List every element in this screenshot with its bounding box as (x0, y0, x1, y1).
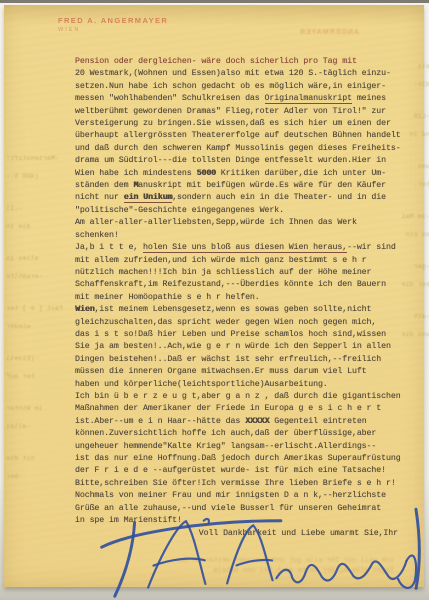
letter-text-segment: können.Zuversichtlich hoffe ich auch,daß… (75, 429, 376, 438)
letter-text-segment: Ich bin ü b e r z e u g t,aber g a n z ,… (75, 392, 401, 401)
letter-text-segment: Sie ja am besten!..Ach,wie g e r n würde… (75, 342, 391, 351)
letter-line: Wien,ist meinem Lebensgesetz,wenn es sow… (75, 304, 398, 316)
ghost-ink-fragment: -gar (414, 263, 429, 272)
letter-line: Wien habe ich mindestens 5000 Kritiken d… (75, 168, 398, 180)
letter-line: Grüße an alle zuhause,--und viele Busser… (75, 503, 398, 515)
letter-line: in spe im Marienstift! (75, 515, 398, 527)
letter-line: mit allem zufrieden,und ich würde mich g… (75, 255, 398, 267)
letter-line: Pension oder dergleichen- wäre doch sich… (75, 56, 398, 68)
letter-text-segment: holen Sie uns bloß aus diesen Wien herau… (143, 243, 347, 253)
letter-text-segment: ungeheuer hemmende"Kalte Krieg" langsam-… (75, 442, 376, 451)
letter-text-segment: mit allem zufrieden,und ich würde mich g… (75, 256, 367, 265)
ghost-ink-fragment: die in (6, 223, 30, 232)
letter-text-segment: ist das nur eine Hoffnung.Daß jedoch dur… (75, 454, 401, 463)
letter-body: Pension oder dergleichen- wäre doch sich… (75, 56, 398, 541)
ghost-ink-fragment: -.Il (6, 205, 22, 214)
letter-text-segment: nicht nur (75, 193, 124, 202)
letter-text-segment: in spe im Marienstift! (75, 516, 182, 525)
ghost-ink-fragment: -(Eisel) (6, 355, 39, 364)
letter-text-segment: gleichzuschalten,das spricht weder gegen… (75, 318, 376, 327)
letter-line: ungeheuer hemmende"Kalte Krieg" langsam-… (75, 441, 398, 453)
letter-text-segment: Grüße an alle zuhause,--und viele Busser… (75, 504, 381, 513)
letter-text-segment: das i s t so!Daß hier Leben und Preise s… (75, 330, 386, 339)
letter-text-segment: ständen dem (75, 181, 133, 190)
letter-text-segment: ist.Aber--um e i n Haar--hätte das (75, 417, 245, 426)
letter-line: gleichzuschalten,das spricht weder gegen… (75, 317, 398, 329)
sender-stamp: FRED A. ANGERMAYER WIEN (58, 17, 168, 34)
letter-text-segment: Ja,b i t t e, (75, 243, 143, 252)
letter-text-segment: weltberühmt gewordenen Dramas" Flieg,rot… (75, 107, 386, 116)
letter-line: Versteigerung zu bringen.Sie wissen,daß … (75, 118, 398, 130)
letter-line: nützlich machen!!!Ich bin ja schliesslic… (75, 267, 398, 279)
letter-line: mit meiner Homöopathie s e h r helfen. (75, 292, 398, 304)
ghost-ink-fragment: im Winter (6, 405, 43, 414)
letter-text-segment: ein Unikum (124, 193, 173, 203)
ghost-ink-fragment: ter auf (6, 373, 35, 382)
ghost-ink-fragment: (400 S.- (6, 173, 39, 182)
letter-line: überhaupt allergrössten Theatererfolge a… (75, 130, 398, 142)
scan-edge-shadow (0, 0, 429, 3)
ghost-ink-fragment: -alles (6, 423, 30, 432)
letter-text-segment: Maßnahmen der Amerikaner der Friede in E… (75, 404, 381, 413)
letter-scan: FRED A. ANGERMAYER WIEN ANGERMAYER -Mari… (0, 0, 429, 600)
letter-text-segment: schenken! (75, 231, 119, 240)
letter-text-segment: müssen die inneren Organe mitwachsen.Er … (75, 367, 367, 376)
letter-line: und daß durch den schweren Kampf Mussoli… (75, 143, 398, 155)
letter-text-segment: mit meiner Homöopathie s e h r helfen. (75, 293, 260, 302)
sender-stamp-city: WIEN (58, 26, 168, 34)
letter-line: Maßnahmen der Amerikaner der Friede in E… (75, 403, 398, 415)
letter-line: drama um Südtirol---die tollsten Dinge e… (75, 155, 398, 167)
letter-text-segment: Versteigerung zu bringen.Sie wissen,daß … (75, 119, 391, 128)
letter-text-segment: Originalmanuskript (265, 94, 352, 104)
ghost-ink-fragment: nst die (6, 455, 35, 464)
letter-text-segment: dergleichen- wäre doch sicherlich pro Ta… (138, 57, 357, 66)
letter-text-segment: 20 Westmark,(Wohnen und Essen)also mit e… (75, 69, 391, 78)
letter-text-segment: überhaupt allergrössten Theatererfolge a… (75, 131, 401, 140)
closing-line: Voll Dankbarkeit und Liebe umarmt Sie,Ih… (75, 528, 398, 540)
letter-line: das i s t so!Daß hier Leben und Preise s… (75, 329, 398, 341)
letter-line: messen "wohlhabenden" Schulkreisen das O… (75, 93, 398, 105)
ghost-ink-fragment: alles in (6, 255, 39, 264)
ghost-ink-bottom: ich will nur Ihr alle gut und ganzoder w… (154, 556, 394, 576)
ghost-ink-fragment: als (418, 63, 429, 72)
letter-text-segment: und daß durch den schweren Kampf Mussoli… (75, 144, 401, 153)
letter-text-segment: Pension oder (75, 57, 138, 66)
letter-line: können.Zuversichtlich hoffe ich auch,daß… (75, 428, 398, 440)
letter-text-segment: Wien habe ich mindestens (75, 169, 196, 178)
ghost-ink-fragment: -erwählte (6, 273, 43, 282)
letter-paper: FRED A. ANGERMAYER WIEN ANGERMAYER -Mari… (4, 5, 424, 587)
letter-line: nicht nur ein Unikum,sondern auch ein in… (75, 192, 398, 204)
letter-line: weltberühmt gewordenen Dramas" Flieg,rot… (75, 106, 398, 118)
letter-line: haben und körperliche(leichtsportliche)A… (75, 379, 398, 391)
ghost-ink-fragment: ich will nur Ihr alle gut und ganz (251, 557, 394, 565)
letter-line: Am aller-aller-allerliebsten,Sepp,würde … (75, 217, 398, 229)
letter-text-segment: Am aller-aller-allerliebsten,Sepp,würde … (75, 218, 357, 227)
letter-line: Ich bin ü b e r z e u g t,aber g a n z ,… (75, 391, 398, 403)
letter-line: "politische"-Geschichte eingegangenes We… (75, 205, 398, 217)
ghost-ink-fragment: -Marienstift! (6, 155, 59, 164)
letter-line: Dingen beistehen!..Daß er wächst ist seh… (75, 354, 398, 366)
ghost-ink-fragment: -im Mai (401, 213, 429, 222)
sender-stamp-name: FRED A. ANGERMAYER (58, 16, 168, 25)
letter-text-segment: Bitte,schreiben Sie öfter!Ich vermisse I… (75, 479, 396, 488)
letter-line: setzen.Nun habe ich schon gedacht ob es … (75, 81, 398, 93)
ghost-ink-fragment: der Reihe nach bei uns daheim (213, 567, 335, 575)
letter-text-segment: setzen.Nun habe ich schon gedacht ob es … (75, 82, 386, 91)
letter-text-segment: messen "wohlhabenden" Schulkreisen das (75, 94, 265, 103)
letter-text-segment: Gegenteil eintreten (269, 417, 366, 426)
letter-text-segment: meines (352, 94, 386, 103)
letter-line: Ja,b i t t e, holen Sie uns bloß aus die… (75, 242, 398, 254)
ghost-ink-fragment: ber die (401, 281, 429, 290)
letter-text-segment: Kritiken darüber,die ich unter Um- (216, 169, 386, 178)
letter-line: schenken! (75, 230, 398, 242)
ghost-ink-fragment: so ein (406, 231, 429, 240)
letter-text-segment: der F r i e d e --aufgerüstet wurde- ist… (75, 466, 386, 475)
ghost-ink-fragment: -ber (6, 473, 22, 482)
letter-line: der F r i e d e --aufgerüstet wurde- ist… (75, 465, 398, 477)
letter-text-segment: anuskript mit beifügen würde.Es wäre für… (138, 181, 386, 190)
ghost-ink-fragment: wieder (6, 323, 30, 332)
ghost-ink-fragment: nd in (410, 131, 429, 140)
ghost-ink-fragment: uns (418, 163, 429, 172)
letter-text-segment: Nochmals von meiner Frau und mir innigst… (75, 491, 386, 500)
letter-line: 20 Westmark,(Wohnen und Essen)also mit e… (75, 68, 398, 80)
letter-text-segment: haben und körperliche(leichtsportliche)A… (75, 380, 328, 389)
ghost-ink-left-margin: -Marienstift!(400 S.--.Ildie inalles in-… (6, 155, 64, 505)
ghost-ink-fragment: fast [ e ] ter (6, 305, 63, 314)
letter-line: ständen dem Manuskript mit beifügen würd… (75, 180, 398, 192)
letter-text-segment: Schaffenskraft,im Reifezustand,---Überdi… (75, 280, 386, 289)
letter-line: ist.Aber--um e i n Haar--hätte das XXXXX… (75, 416, 398, 428)
ghost-ink-fragment: -alt (414, 313, 429, 322)
ghost-ink-fragment: die- (414, 81, 429, 90)
letter-text-segment: ,ist meinem Lebensgesetz,wenn es sowas g… (94, 305, 371, 314)
stamp-offset-echo: ANGERMAYER (299, 29, 359, 36)
letter-line: Bitte,schreiben Sie öfter!Ich vermisse I… (75, 478, 398, 490)
letter-text-segment: --wir sind (347, 243, 396, 252)
letter-line: Sie ja am besten!..Ach,wie g e r n würde… (75, 341, 398, 353)
letter-line: Schaffenskraft,im Reifezustand,---Überdi… (75, 279, 398, 291)
ghost-ink-fragment: uns die (401, 331, 429, 340)
letter-line: müssen die inneren Organe mitwachsen.Er … (75, 366, 398, 378)
letter-text-segment: Wien (75, 305, 94, 314)
letter-text-segment: drama um Südtirol---die tollsten Dinge e… (75, 156, 386, 165)
letter-text-segment: Dingen beistehen!..Daß er wächst ist seh… (75, 355, 381, 364)
letter-text-segment: "politische"-Geschichte eingegangenes We… (75, 206, 284, 215)
letter-line: ist das nur eine Hoffnung.Daß jedoch dur… (75, 453, 398, 465)
letter-text-segment: 5000 (196, 169, 215, 178)
letter-line: Nochmals von meiner Frau und mir innigst… (75, 490, 398, 502)
ghost-ink-fragment: -LIR (414, 113, 429, 122)
letter-text-segment: nützlich machen!!!Ich bin ja schliesslic… (75, 268, 371, 277)
letter-text-segment: ,sondern auch ein in die Theater- und in… (172, 193, 386, 202)
letter-text-segment: XXXXX (245, 417, 269, 426)
ghost-ink-fragment: ter- (414, 181, 429, 190)
